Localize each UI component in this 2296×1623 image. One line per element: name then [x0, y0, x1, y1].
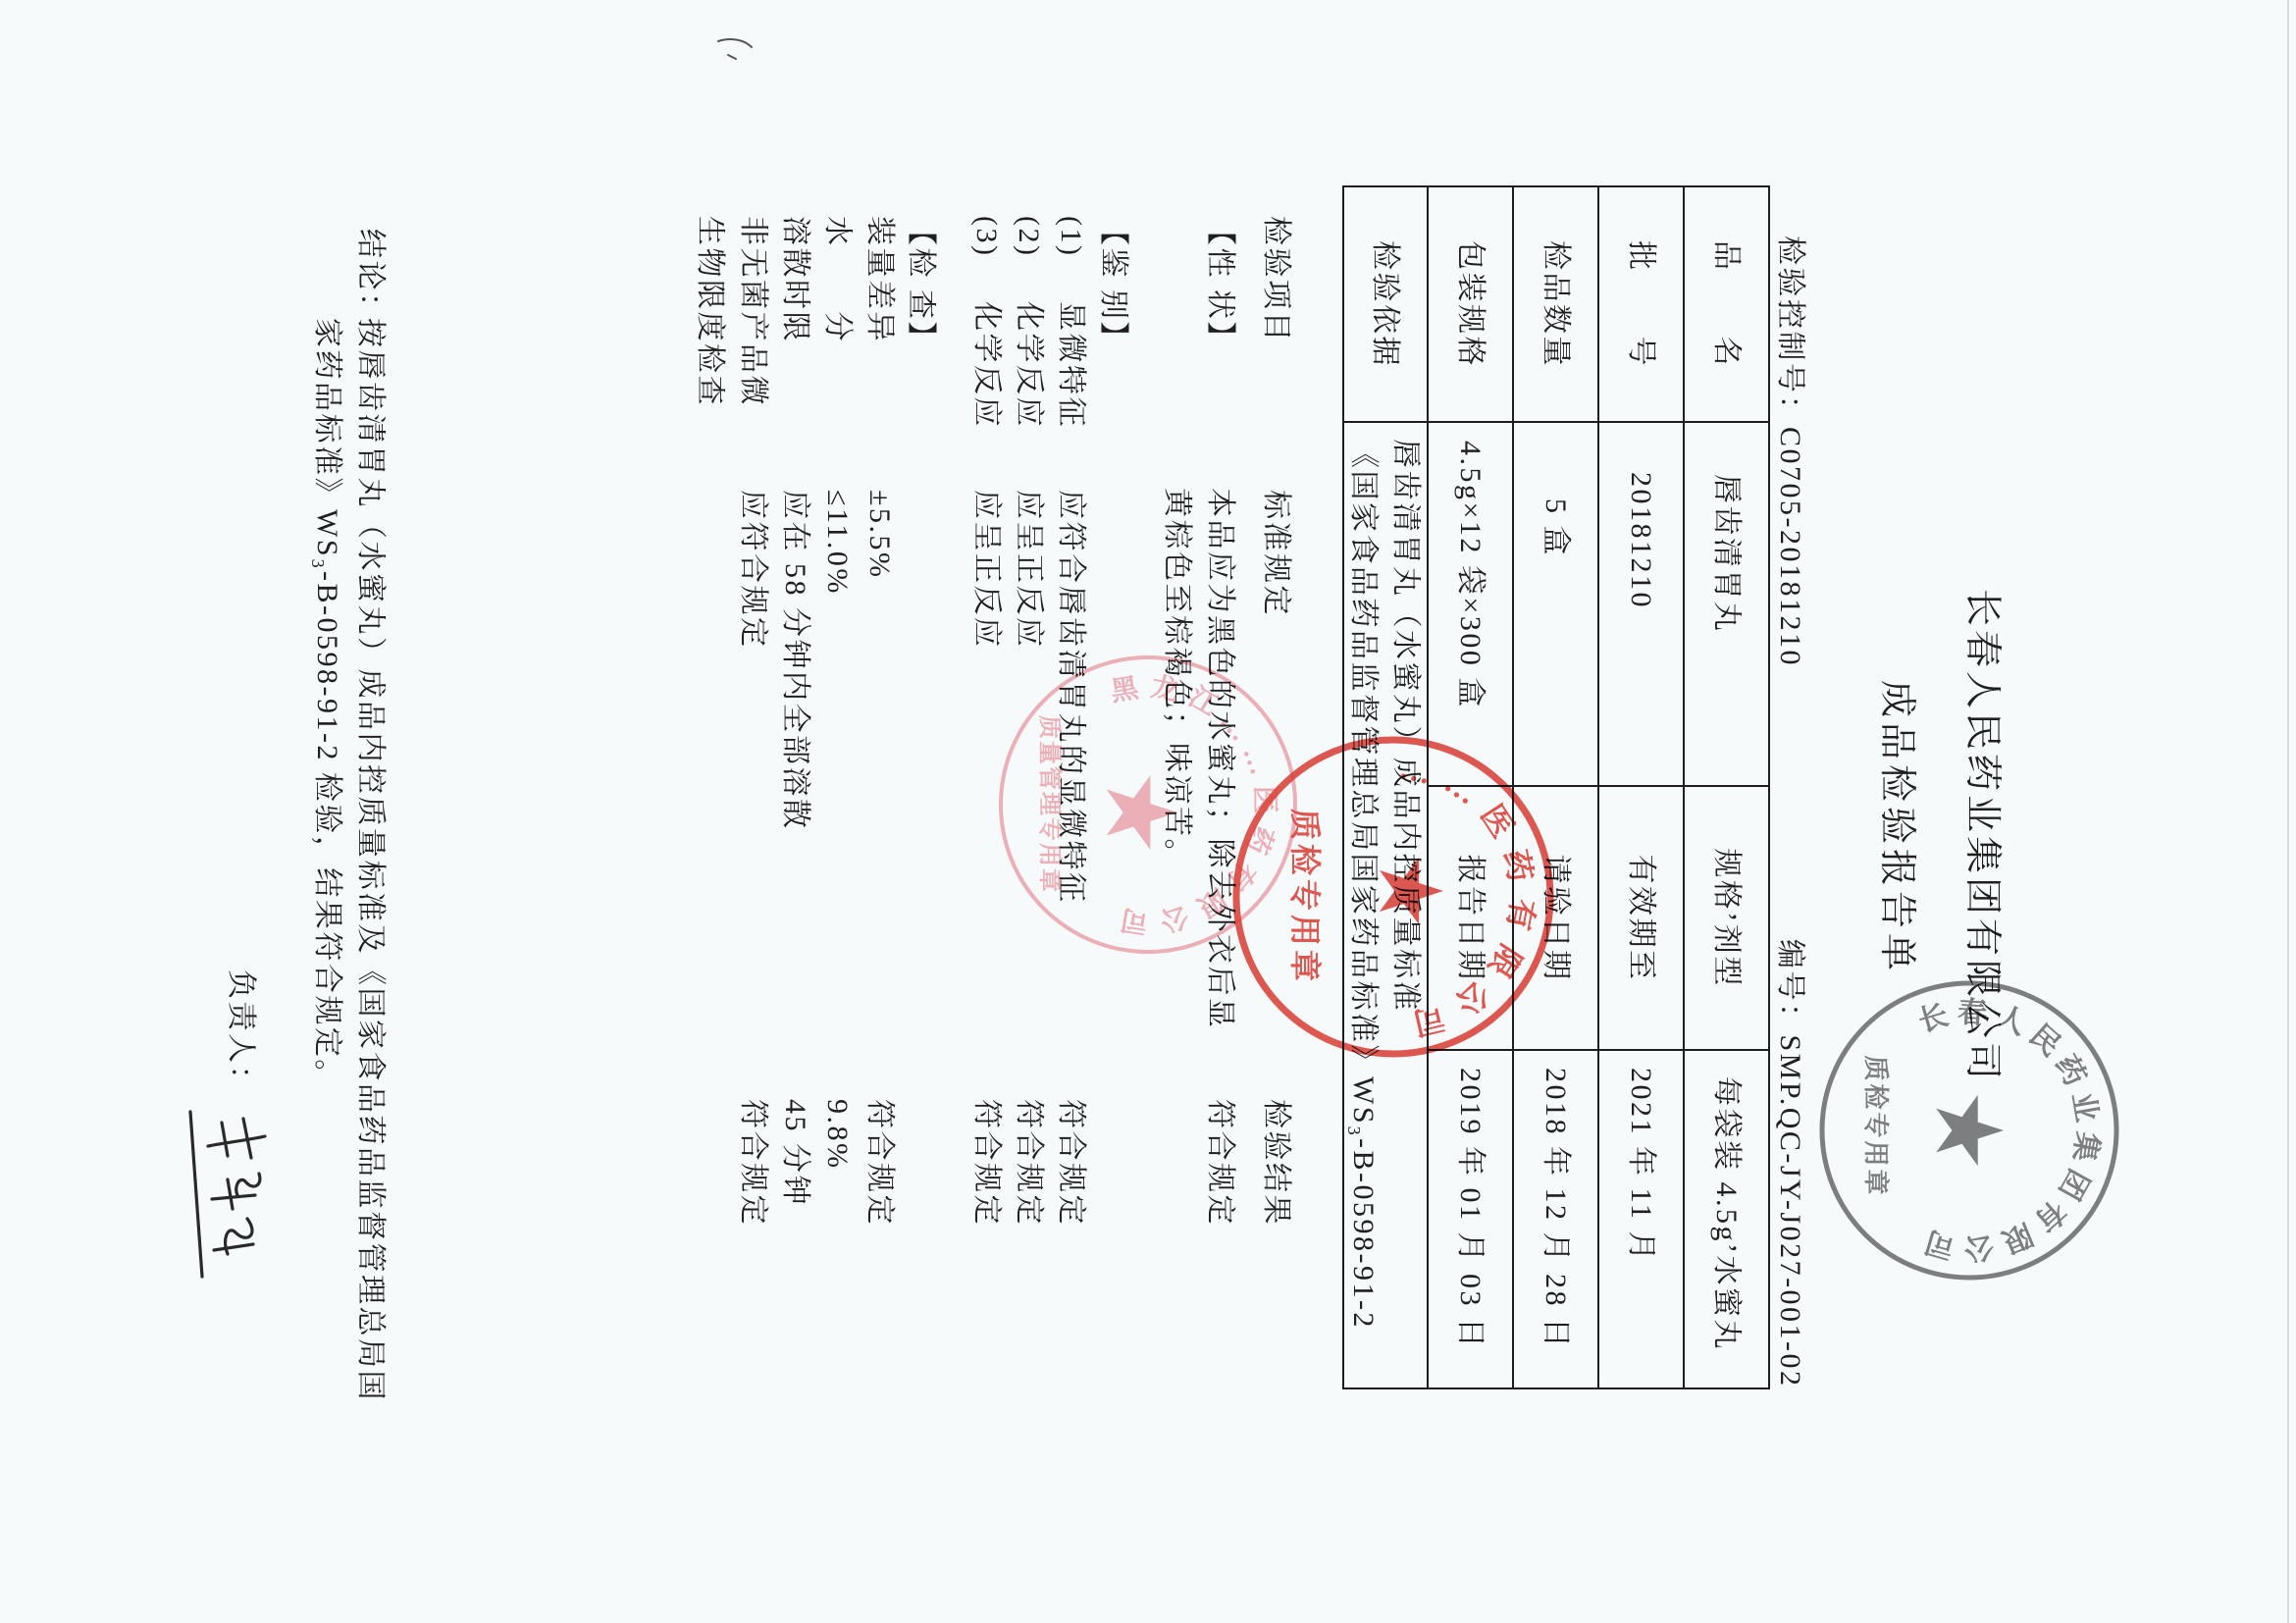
standard-text: 应符合规定	[738, 490, 767, 650]
result-text: 符合规定	[1014, 1099, 1043, 1227]
value-request-date: 2018 年 12 月 28 日	[1512, 1051, 1597, 1387]
responsible-person-label: 负责人：	[226, 969, 255, 1097]
section-appearance: 【性 状】	[1205, 216, 1234, 353]
standard-text: 应呈正反应	[1014, 490, 1043, 650]
item-name: 水 分	[822, 216, 852, 343]
test-basis-line: 《国家食品药品监督管理总局国家药品标准》WS₃-B-0598-91-2	[1342, 439, 1384, 1330]
page-title: 成品检验报告单	[1877, 680, 1916, 975]
value-spec-form: 每袋装 4.5g’水蜜丸	[1683, 1051, 1768, 1387]
standard-text: 本品应为黑色的水蜜丸；除去外衣后显	[1205, 488, 1234, 1030]
signature	[179, 1097, 277, 1293]
result-text: 符合规定	[1056, 1099, 1085, 1227]
svg-text:长春人民药业集团有限公司: 长春人民药业集团有限公司	[1914, 995, 2105, 1265]
scan-edge-line	[2287, 0, 2289, 1623]
label-batch-no: 批 号	[1597, 187, 1683, 423]
value-package-spec: 4.5g×12 袋×300 盒	[1427, 423, 1512, 787]
faint-seal: 黑龙江……医药有限公司 质量管理专用章	[1001, 657, 1295, 952]
label-test-basis: 检验依据	[1342, 187, 1427, 423]
standard-text: 应符合唇齿清胃丸的显微特征	[1056, 490, 1085, 905]
company-name: 长春人民药业集团有限公司	[1962, 589, 2002, 1083]
company-seal-ring-text: 长春人民药业集团有限公司	[1914, 995, 2105, 1265]
item-name: 化学反应	[1014, 301, 1043, 429]
stray-pen-mark	[713, 33, 757, 73]
faint-seal-ring-text: 黑龙江……医药有限公司	[1109, 671, 1280, 939]
control-number: 检验控制号：C0705-20181210	[1775, 236, 1804, 667]
conclusion-line: 按唇齿清胃丸（水蜜丸）成品内控质量标准及《国家食品药品监督管理总局国	[355, 318, 385, 1402]
value-expiry: 2021 年 11 月	[1597, 1051, 1683, 1387]
label-package-spec: 包装规格	[1427, 187, 1512, 423]
conclusion-label: 结论：	[355, 229, 385, 325]
label-report-date: 报告日期	[1427, 787, 1512, 1051]
col-header-result: 检验结果	[1261, 1099, 1290, 1227]
item-name: 溶散时限	[780, 216, 809, 343]
result-text: 符合规定	[1205, 1099, 1234, 1227]
company-seal-center-text: 质检专用章	[1861, 1055, 1891, 1197]
result-text: 符合规定	[738, 1099, 767, 1227]
value-batch-no: 20181210	[1597, 423, 1683, 787]
value-product-name: 唇齿清胃丸	[1683, 423, 1768, 787]
item-name: 显微特征	[1056, 301, 1085, 429]
standard-text: ≤11.0%	[822, 490, 852, 596]
standard-text: 应在 58 分钟内全部溶散	[780, 490, 809, 831]
standard-text: ±5.5%	[864, 490, 894, 579]
svg-text:黑龙江……医药有限公司: 黑龙江……医药有限公司	[1109, 671, 1280, 939]
item-prefix: (3)	[971, 216, 1001, 257]
item-name: 生物限度检查	[695, 216, 724, 407]
value-sample-qty: 5 盒	[1512, 423, 1597, 787]
item-name: 非无菌产品微	[738, 216, 767, 407]
supplier-seal-center-text: 质检专用章	[1287, 809, 1323, 985]
inspection-report-page: 长春人民药业集团有限公司 成品检验报告单 检验控制号：C0705-2018121…	[0, 0, 2296, 1623]
value-test-basis: 唇齿清胃丸（水蜜丸）成品内控质量标准 《国家食品药品监督管理总局国家药品标准》W…	[1342, 423, 1427, 1387]
label-request-date: 请验日期	[1512, 787, 1597, 1051]
label-spec-form: 规格’剂型	[1683, 787, 1768, 1051]
result-text: 符合规定	[971, 1099, 1001, 1227]
section-identification: 【鉴 别】	[1098, 216, 1127, 353]
report-number-label: 编号：	[1774, 939, 1806, 1035]
label-sample-qty: 检品数量	[1512, 187, 1597, 423]
conclusion-line: 家药品标准》WS₃-B-0598-91-2 检验，结果符合规定。	[312, 318, 341, 1091]
control-number-label: 检验控制号：	[1774, 236, 1806, 427]
report-number-value: SMP.QC-JY-J027-001-02	[1774, 1035, 1806, 1388]
result-text: 9.8%	[822, 1099, 852, 1171]
item-name: 化学反应	[971, 301, 1001, 429]
section-tests: 【检 查】	[906, 216, 935, 353]
star-icon	[1936, 1095, 2004, 1166]
col-header-standard: 标准规定	[1261, 490, 1290, 617]
standard-text: 黄棕色至棕褐色；味凉苦。	[1162, 488, 1191, 870]
control-number-value: C0705-20181210	[1774, 427, 1806, 667]
stamp-layer: 黑龙江……医药有限公司 质量管理专用章 ……医药有限公司 质检专用章 长春人民药…	[0, 0, 2296, 1623]
value-report-date: 2019 年 01 月 03 日	[1427, 1051, 1512, 1387]
report-number: 编号：SMP.QC-JY-J027-001-02	[1775, 939, 1804, 1388]
item-name: 装量差异	[864, 216, 894, 343]
product-info-table: 品 名 唇齿清胃丸 规格’剂型 每袋装 4.5g’水蜜丸 批 号 2018121…	[1342, 185, 1770, 1389]
result-text: 符合规定	[864, 1099, 894, 1227]
item-prefix: (1)	[1056, 216, 1085, 257]
label-expiry: 有效期至	[1597, 787, 1683, 1051]
item-prefix: (2)	[1014, 216, 1043, 257]
result-text: 45 分钟	[780, 1099, 809, 1207]
col-header-item: 检验项目	[1261, 216, 1290, 343]
label-product-name: 品 名	[1683, 187, 1768, 423]
standard-text: 应呈正反应	[971, 490, 1001, 650]
test-basis-line: 唇齿清胃丸（水蜜丸）成品内控质量标准	[1384, 439, 1427, 1013]
